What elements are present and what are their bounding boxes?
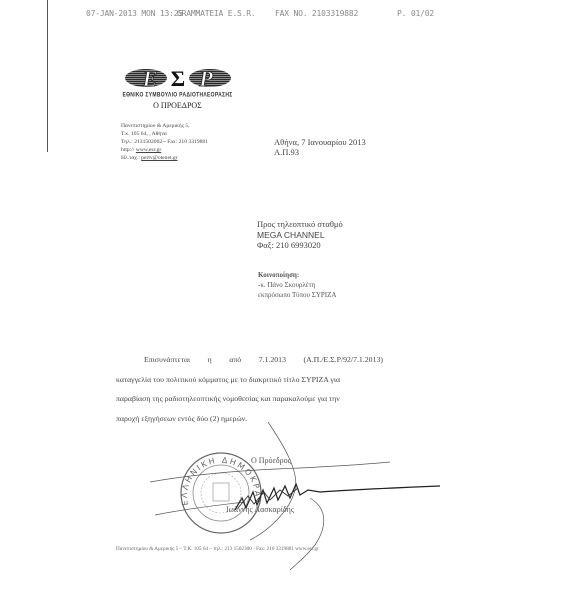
contact-email-link[interactable]: pertv@otenet.gr — [141, 155, 177, 161]
contact-address: Πανεπιστημίου & Αμερικής 5, — [121, 122, 208, 130]
office-title: Ο ΠΡΟΕΔΡΟΣ — [115, 101, 240, 110]
logo-letter-e: Ε — [142, 67, 158, 89]
protocol-number: Α.Π.93 — [274, 147, 366, 157]
page-footer: Πανεπιστημίου & Αμερικής 5 – Τ.Κ. 105 64… — [116, 546, 319, 552]
contact-web-link[interactable]: www.esr.gr — [136, 147, 161, 153]
signatory-title: Ο Πρόεδρος — [251, 456, 291, 465]
contact-phone-fax: Τηλ.: 2131502002-- Fax: 210 3319881 — [121, 138, 208, 146]
date-block: Αθήνα, 7 Ιανουαρίου 2013 Α.Π.93 — [274, 137, 366, 157]
signatory-name: Ιωάννης Λασκαρίδης — [226, 505, 294, 514]
fax-datetime: 07-JAN-2013 MON 13:25 — [86, 9, 183, 18]
organization-name: ΕΘΝΙΚΟ ΣΥΜΒΟΥΛΙΟ ΡΑΔΙΟΤΗΛΕΟΡΑΣΗΣ — [115, 91, 240, 99]
recipient-fax: Φαξ: 210 6993020 — [257, 240, 343, 251]
contact-web-label: http:// — [121, 147, 134, 153]
recipient-line: Προς τηλεοπτικό σταθμό — [257, 219, 343, 230]
contact-web-row: http:// www.esr.gr — [121, 146, 208, 154]
cc-role: εκπρόσωπο Τύπου ΣΥΡΙΖΑ — [258, 290, 336, 300]
cc-block: Κοινοποίηση: -κ. Πάνο Σκουρλέτη εκπρόσωπ… — [258, 270, 336, 300]
body-line-2: καταγγελία του πολιτικού κόμματος με το … — [116, 370, 383, 390]
scan-edge-line — [47, 0, 48, 152]
contact-postal: Τ.κ. 105 64, , Αθήνα — [121, 130, 208, 138]
logo-letter-rho: Ρ — [198, 67, 213, 89]
logo-letter-sigma: Σ — [171, 67, 185, 89]
body-line-1: Επισυνάπτεται η από 7.1.2013 (Α.Π./Ε.Σ.Ρ… — [116, 350, 383, 370]
fax-page: P. 01/02 — [397, 9, 434, 18]
cc-person: -κ. Πάνο Σκουρλέτη — [258, 280, 336, 290]
recipient-block: Προς τηλεοπτικό σταθμό MEGA CHANNEL Φαξ:… — [257, 219, 343, 251]
esr-logo: Ε Σ Ρ — [124, 67, 232, 89]
letter-body: Επισυνάπτεται η από 7.1.2013 (Α.Π./Ε.Σ.Ρ… — [116, 350, 383, 428]
cc-label: Κοινοποίηση: — [258, 270, 336, 280]
body-line-3: παραβίαση της ραδιοτηλεοπτικής νομοθεσία… — [116, 389, 383, 409]
contact-email-row: Ηλ.ταχ.: pertv@otenet.gr — [121, 154, 208, 162]
letter-date: Αθήνα, 7 Ιανουαρίου 2013 — [274, 137, 366, 147]
fax-sender: GRAMMATEIA E.S.R. — [177, 9, 255, 18]
recipient-name: MEGA CHANNEL — [257, 230, 343, 241]
letterhead-contact: Πανεπιστημίου & Αμερικής 5, Τ.κ. 105 64,… — [121, 122, 208, 162]
fax-number: FAX NO. 2103319882 — [275, 9, 358, 18]
contact-email-label: Ηλ.ταχ.: — [121, 155, 141, 161]
